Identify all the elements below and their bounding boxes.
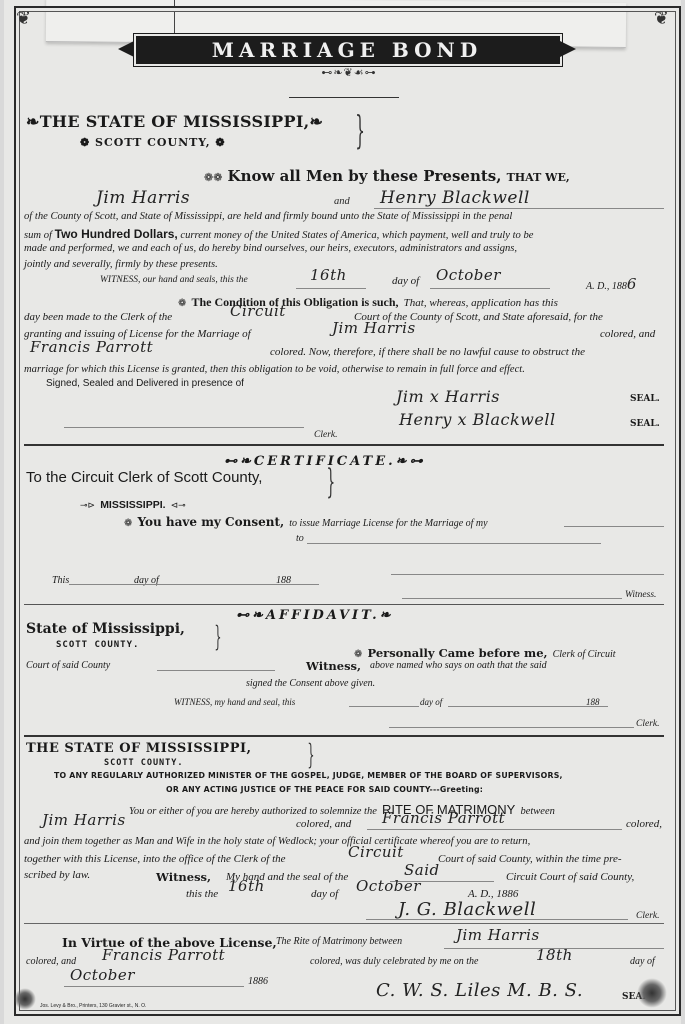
brace-icon: } xyxy=(214,620,221,653)
blank-line xyxy=(448,706,608,707)
license-court-name: Circuit xyxy=(348,843,404,861)
brace-icon: } xyxy=(355,108,365,152)
return-year: 1886 xyxy=(248,976,268,987)
blank-line xyxy=(296,288,366,289)
brace-icon: } xyxy=(326,462,335,502)
signature-henry-blackwell: Henry x Blackwell xyxy=(399,410,556,429)
this-label: This xyxy=(52,575,69,586)
text: WITNESS, my hand and seal, this xyxy=(174,697,295,707)
license-address-line: TO ANY REGULARLY AUTHORIZED MINISTER OF … xyxy=(54,771,563,780)
blank-line xyxy=(307,543,601,544)
clerk-signature: J. G. Blackwell xyxy=(398,899,536,920)
day-of-label: day of xyxy=(630,956,655,967)
section-divider xyxy=(24,604,664,605)
title-flourish-icon: ⊷❧❦☙⊶ xyxy=(274,66,424,79)
clerk-line xyxy=(389,727,634,728)
blank-line xyxy=(157,670,275,671)
brace-icon: } xyxy=(307,738,314,771)
text: between xyxy=(520,806,554,817)
text: colored. Now, therefore, if there shall … xyxy=(270,346,585,358)
year-prefix: 188 xyxy=(586,697,600,707)
ink-smudge xyxy=(14,988,36,1010)
clerk-label: Clerk. xyxy=(636,719,659,729)
certificate-addressee: To the Circuit Clerk of Scott County, xyxy=(26,469,262,486)
blank-line xyxy=(349,706,419,707)
text: Court of said County, within the time pr… xyxy=(438,853,622,865)
return-bride-name: Francis Parrott xyxy=(102,946,225,964)
day-of-label: day of xyxy=(311,888,338,900)
seal-label: SEAL. xyxy=(630,394,660,404)
state-heading-text: THE STATE OF MISSISSIPPI, xyxy=(40,112,310,131)
return-month: October xyxy=(70,966,135,984)
marriage-bond-document: ❦ ❦ MARRIAGE BOND ⊷❧❦☙⊶ ❧THE STATE OF MI… xyxy=(4,0,681,1024)
arrow-ornament-icon: ⊲⊸ xyxy=(171,501,186,511)
witness-word: Witness, xyxy=(306,659,361,673)
printer-credit: Jos. Levy & Bro., Printers, 130 Gravier … xyxy=(40,1003,146,1009)
license-month: October xyxy=(356,877,421,895)
consent-heading: You have my Consent, xyxy=(137,515,284,529)
fleuron-icon: ❁ xyxy=(124,518,132,529)
text: day been made to the Clerk of the xyxy=(24,311,172,323)
officiant-signature: C. W. S. Liles M. B. S. xyxy=(376,980,583,1001)
document-title: MARRIAGE BOND xyxy=(116,38,578,62)
bond-paragraph-line: made and performed, we and each of us, d… xyxy=(24,243,517,254)
license-address-line: OR ANY ACTING JUSTICE OF THE PEACE FOR S… xyxy=(166,785,483,794)
section-divider xyxy=(24,735,664,737)
bond-paragraph-line: sum of Two Hundred Dollars, current mone… xyxy=(24,227,533,241)
fleuron-icon: ❁❁ xyxy=(204,171,222,184)
license-bride-name: Francis Parrott xyxy=(382,809,505,827)
bond-amount: Two Hundred Dollars, xyxy=(55,227,178,241)
clerk-label: Clerk. xyxy=(314,430,337,440)
blank-line xyxy=(367,829,622,830)
certificate-state: MISSISSIPPI. xyxy=(100,499,165,511)
arrow-ornament-icon: ⊸⊳ xyxy=(80,501,95,511)
ink-smudge xyxy=(637,978,667,1008)
corner-ornament-icon: ❦ xyxy=(16,8,31,29)
divider xyxy=(289,97,399,98)
bride-name: Francis Parrott xyxy=(30,338,153,356)
that-we-text: THAT WE, xyxy=(507,171,570,184)
text: sum of xyxy=(24,230,52,241)
fleuron-icon: ❁ xyxy=(178,298,186,309)
text: colored, and xyxy=(296,818,351,830)
court-name: Circuit xyxy=(230,302,286,320)
certificate-state-line: ⊸⊳ MISSISSIPPI. ⊲⊸ xyxy=(80,493,186,512)
know-all-men-text: Know all Men by these Presents, xyxy=(228,167,502,185)
license-day: 16th xyxy=(228,877,265,895)
corner-ornament-icon: ❦ xyxy=(654,8,669,29)
text: colored, was duly celebrated by me on th… xyxy=(310,956,478,967)
text: That, whereas, application has this xyxy=(404,297,558,309)
return-day: 18th xyxy=(536,946,573,964)
signature-jim-harris: Jim x Harris xyxy=(396,387,500,406)
know-all-men-line: ❁❁ Know all Men by these Presents, THAT … xyxy=(204,166,570,185)
section-divider xyxy=(24,923,664,924)
text: The Rite of Matrimony between xyxy=(276,936,402,947)
affidavit-title-text: AFFIDAVIT. xyxy=(266,608,380,623)
text: current money of the United States of Am… xyxy=(180,230,533,241)
bond-county-heading: ❁ SCOTT COUNTY, ❁ xyxy=(80,136,226,149)
witness-month: October xyxy=(436,266,501,284)
obligor-2-name: Henry Blackwell xyxy=(380,188,530,208)
title-banner: MARRIAGE BOND xyxy=(116,34,578,64)
seal-label: SEAL. xyxy=(630,419,660,429)
clerk-line xyxy=(64,427,304,428)
witness-year: A. D., 1886 xyxy=(586,275,637,293)
text: above named who says on oath that the sa… xyxy=(370,660,547,671)
personally-came-text: Personally Came before me, xyxy=(367,646,547,660)
certificate-title: ⊷❧CERTIFICATE.❧⊶ xyxy=(224,454,426,469)
text: scribed by law. xyxy=(24,869,90,881)
text: You or either of you are hereby authoriz… xyxy=(129,806,377,817)
witness-label: Witness. xyxy=(625,590,656,600)
consent-line: ❁ You have my Consent, to issue Marriage… xyxy=(124,511,488,530)
county-heading-text: SCOTT COUNTY, xyxy=(95,136,211,149)
witness-day: 16th xyxy=(310,266,347,284)
blank-line xyxy=(391,574,664,575)
section-divider xyxy=(24,444,664,446)
text: Circuit Court of said County, xyxy=(506,871,634,883)
blank-line xyxy=(64,986,244,987)
bond-paragraph-line: of the County of Scott, and State of Mis… xyxy=(24,211,512,222)
witness-word: Witness, xyxy=(156,870,211,884)
obligor-2-line xyxy=(374,208,664,209)
certificate-title-text: CERTIFICATE. xyxy=(254,454,396,469)
return-groom-name: Jim Harris xyxy=(456,926,540,944)
text: this the xyxy=(186,888,218,900)
bond-paragraph-line: jointly and severally, firmly by these p… xyxy=(24,259,218,270)
text: marriage for which this License is grant… xyxy=(24,364,525,375)
consent-text: to issue Marriage License for the Marria… xyxy=(289,518,487,529)
bond-state-heading: ❧THE STATE OF MISSISSIPPI,❧ xyxy=(26,112,323,131)
blank-line xyxy=(564,526,664,527)
personally-came-line: ❁ Personally Came before me, Clerk of Ci… xyxy=(354,642,616,661)
clerk-label: Clerk. xyxy=(636,911,659,921)
ad-label: A. D., 188 xyxy=(586,281,627,292)
witness-label: WITNESS, our hand and seals, this the xyxy=(100,275,248,285)
text: and join them together as Man and Wife i… xyxy=(24,836,530,847)
day-of-label: day of xyxy=(420,697,442,707)
blank-line xyxy=(430,288,550,289)
affidavit-county: SCOTT COUNTY. xyxy=(56,640,139,650)
witness-line xyxy=(402,598,622,599)
condition-heading: The Condition of this Obligation is such… xyxy=(191,295,398,309)
year-digit: 6 xyxy=(627,275,637,293)
text: colored, and xyxy=(600,328,655,340)
license-groom-name: Jim Harris xyxy=(42,811,126,829)
blank-line xyxy=(69,584,319,585)
signed-sealed-label: Signed, Sealed and Delivered in presence… xyxy=(46,378,244,389)
and-label: and xyxy=(334,196,350,207)
obligor-1-name: Jim Harris xyxy=(96,188,190,208)
clerk-line xyxy=(366,919,628,920)
text: colored, and xyxy=(26,956,76,967)
day-of-label: day of xyxy=(392,275,419,287)
text: Clerk of Circuit xyxy=(553,649,616,660)
text: signed the Consent above given. xyxy=(246,678,375,689)
text: together with this License, into the off… xyxy=(24,853,286,865)
text: Court of said County xyxy=(26,660,110,671)
license-county: SCOTT COUNTY. xyxy=(104,758,184,768)
to-label: to xyxy=(296,533,304,544)
text: colored, xyxy=(626,818,662,830)
license-state: THE STATE OF MISSISSIPPI, xyxy=(26,741,252,756)
affidavit-state: State of Mississippi, xyxy=(26,621,185,637)
affidavit-title: ⊷❧AFFIDAVIT.❧ xyxy=(236,608,394,623)
groom-name: Jim Harris xyxy=(332,319,416,337)
